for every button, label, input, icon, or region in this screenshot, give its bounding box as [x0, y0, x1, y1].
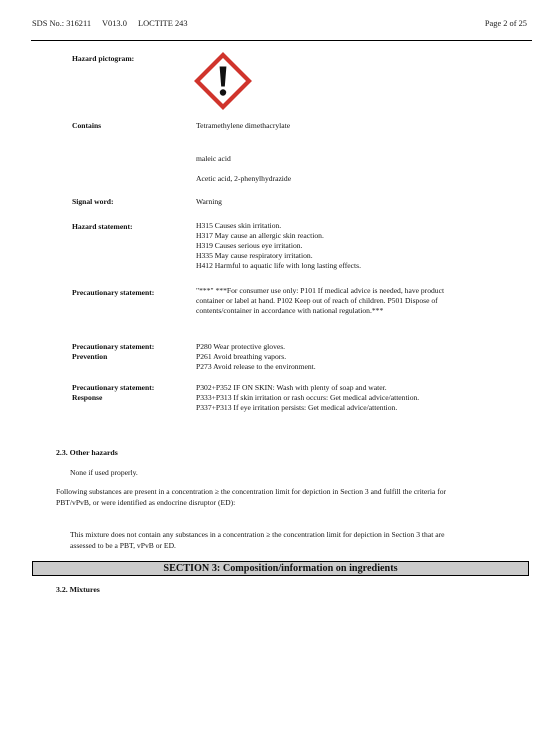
- response-label-line1: Precautionary statement:: [72, 383, 154, 393]
- signal-word-label: Signal word:: [72, 197, 114, 206]
- version: V013.0: [102, 19, 127, 28]
- precautionary-statement-label: Precautionary statement:: [72, 288, 154, 297]
- hazard-statement-label: Hazard statement:: [72, 222, 133, 231]
- mixtures-subheading: 3.2. Mixtures: [56, 585, 100, 594]
- contains-label: Contains: [72, 121, 101, 130]
- hazard-pictogram-label: Hazard pictogram:: [72, 54, 134, 63]
- prevention-item: P273 Avoid release to the environment.: [196, 362, 316, 372]
- precautionary-statement-text: "***" ***For consumer use only: P101 If …: [196, 286, 444, 316]
- response-label: Precautionary statement: Response: [72, 383, 154, 403]
- document-header-info: SDS No.: 316211 V013.0 LOCTITE 243: [32, 19, 197, 28]
- precautionary-line: contents/container in accordance with na…: [196, 306, 444, 316]
- page-number: Page 2 of 25: [485, 19, 527, 28]
- prevention-label-line2: Prevention: [72, 352, 154, 362]
- response-label-line2: Response: [72, 393, 154, 403]
- paragraph-line: assessed to be a PBT, vPvB or ED.: [70, 540, 444, 551]
- product-name: LOCTITE 243: [138, 19, 188, 28]
- hazard-statement-item: H319 Causes serious eye irritation.: [196, 241, 361, 251]
- pbt-mixture-paragraph: This mixture does not contain any substa…: [70, 529, 444, 551]
- response-list: P302+P352 IF ON SKIN: Wash with plenty o…: [196, 383, 419, 413]
- substance-item: Tetramethylene dimethacrylate: [196, 121, 290, 130]
- hazard-statement-item: H317 May cause an allergic skin reaction…: [196, 231, 361, 241]
- pbt-following-paragraph: Following substances are present in a co…: [56, 486, 446, 508]
- other-hazards-none-text: None if used properly.: [70, 467, 138, 478]
- prevention-item: P261 Avoid breathing vapors.: [196, 352, 316, 362]
- prevention-label: Precautionary statement: Prevention: [72, 342, 154, 362]
- prevention-list: P280 Wear protective gloves. P261 Avoid …: [196, 342, 316, 372]
- substance-item: maleic acid: [196, 154, 231, 163]
- paragraph-line: Following substances are present in a co…: [56, 486, 446, 497]
- hazard-statement-item: H315 Causes skin irritation.: [196, 221, 361, 231]
- paragraph-line: This mixture does not contain any substa…: [70, 529, 444, 540]
- prevention-label-line1: Precautionary statement:: [72, 342, 154, 352]
- hazard-statement-list: H315 Causes skin irritation. H317 May ca…: [196, 221, 361, 271]
- hazard-statement-item: H412 Harmful to aquatic life with long l…: [196, 261, 361, 271]
- sds-number: SDS No.: 316211: [32, 19, 91, 28]
- signal-word-value: Warning: [196, 197, 222, 206]
- other-hazards-heading: 2.3. Other hazards: [56, 448, 118, 457]
- precautionary-line: "***" ***For consumer use only: P101 If …: [196, 286, 444, 296]
- substance-item: Acetic acid, 2-phenylhydrazide: [196, 174, 291, 183]
- prevention-item: P280 Wear protective gloves.: [196, 342, 316, 352]
- hazard-statement-item: H335 May cause respiratory irritation.: [196, 251, 361, 261]
- response-item: P302+P352 IF ON SKIN: Wash with plenty o…: [196, 383, 419, 393]
- ghs07-exclamation-mark-icon: [194, 52, 252, 110]
- header-divider: [31, 40, 532, 41]
- precautionary-line: container or label at hand. P102 Keep ou…: [196, 296, 444, 306]
- response-item: P333+P313 If skin irritation or rash occ…: [196, 393, 419, 403]
- section3-banner: SECTION 3: Composition/information on in…: [32, 561, 529, 576]
- response-item: P337+P313 If eye irritation persists: Ge…: [196, 403, 419, 413]
- paragraph-line: PBT/vPvB, or were identified as endocrin…: [56, 497, 446, 508]
